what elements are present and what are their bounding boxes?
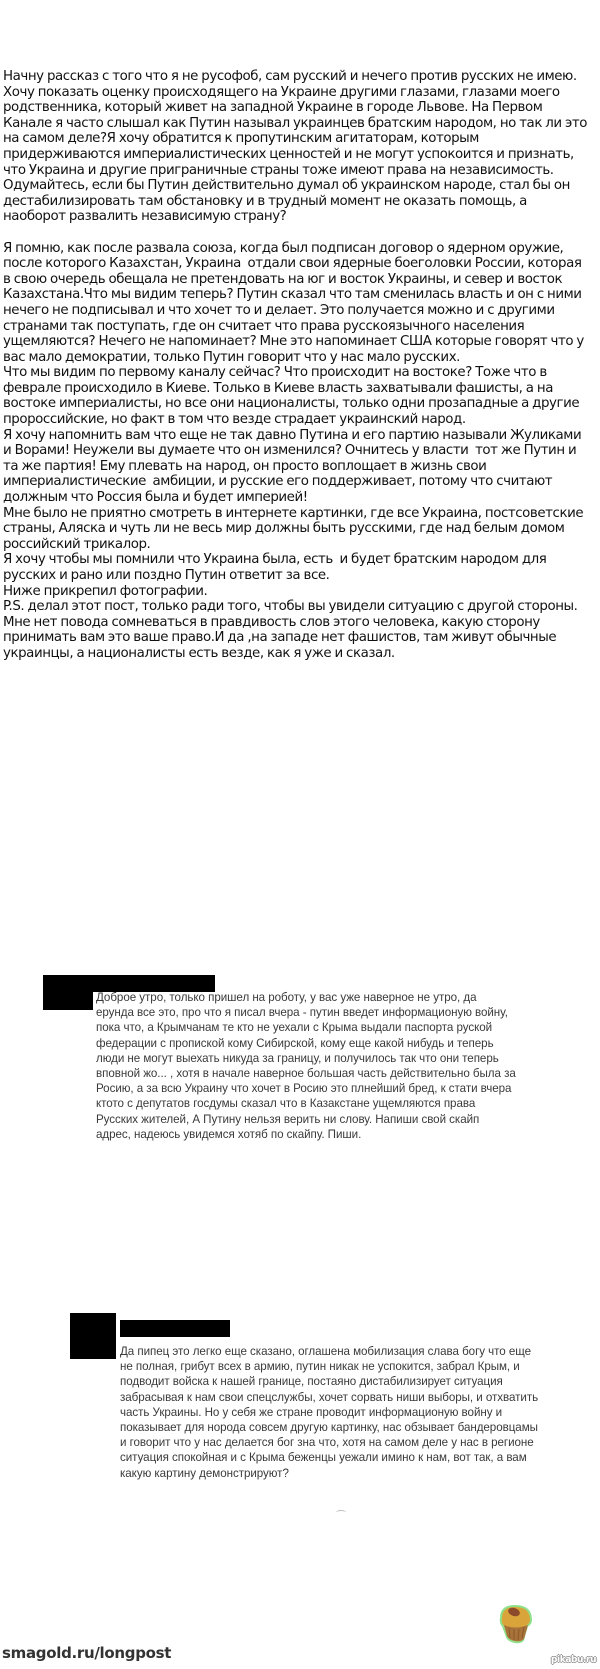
redacted-author-name: [120, 1320, 230, 1337]
cupcake-icon: [497, 1604, 535, 1644]
post-paragraph: Ниже прикрепил фотографии.: [3, 584, 590, 600]
post-paragraph: P.S. делал этот пост, только ради того, …: [3, 599, 590, 661]
post-body: Начну рассказ с того что я не русофоб, с…: [3, 69, 590, 662]
post-paragraph: Я хочу напомнить вам что еще не так давн…: [3, 428, 590, 506]
message-text: Доброе утро, только пришел на роботу, у …: [96, 990, 516, 1142]
site-watermark: pikabu.ru: [551, 1655, 596, 1665]
post-paragraph: Мне было не приятно смотреть в интернете…: [3, 506, 590, 553]
loading-spinner-icon: [336, 1510, 346, 1515]
post-paragraph: Я хочу чтобы мы помнили что Украина была…: [3, 552, 590, 583]
post-paragraph: Что мы видим по первому каналу сейчас? Ч…: [3, 365, 590, 427]
post-paragraph: Я помню, как после развала союза, когда …: [3, 241, 590, 366]
redacted-avatar: [70, 1313, 116, 1359]
message-text: Да пипец это легко еще сказано, оглашена…: [120, 1344, 540, 1481]
source-link[interactable]: smagold.ru/longpost: [2, 1644, 171, 1662]
post-paragraph: Начну рассказ с того что я не русофоб, с…: [3, 69, 590, 225]
redacted-avatar: [43, 975, 93, 1010]
